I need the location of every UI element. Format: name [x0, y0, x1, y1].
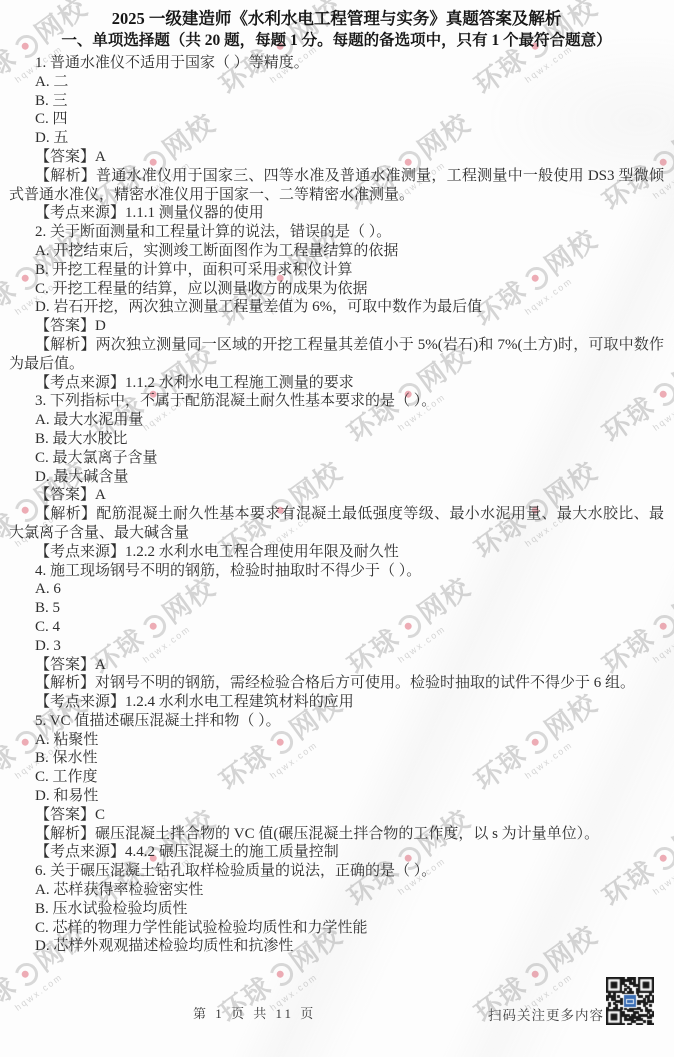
answer-line: 【答案】A	[9, 148, 664, 167]
question-option: D. 最大碱含量	[9, 468, 664, 487]
question-option: A. 二	[9, 73, 664, 92]
question-list: 1. 普通水准仪不适用于国家（ ）等精度。A. 二B. 三C. 四D. 五【答案…	[9, 54, 664, 956]
question-option: D. 岩石开挖，两次独立测量工程量差值为 6%，可取中数作为最后值	[9, 298, 664, 317]
question-stem: 4. 施工现场钢号不明的钢筋，检验时抽取时不得少于（ ）。	[9, 562, 664, 581]
question-option: A. 粘聚性	[9, 731, 664, 750]
source-line: 【考点来源】4.4.2 碾压混凝土的施工质量控制	[9, 843, 664, 862]
question-option: C. 开挖工程量的结算，应以测量收方的成果为依据	[9, 280, 664, 299]
question-stem: 6. 关于碾压混凝土钻孔取样检验质量的说法，正确的是（ ）。	[9, 862, 664, 881]
question-option: B. 压水试验检验均质性	[9, 900, 664, 919]
document-page: 环球网校hqwx.com环球网校hqwx.com环球网校hqwx.com环球网校…	[0, 0, 674, 1057]
section-heading: 一、单项选择题（共 20 题，每题 1 分。每题的备选项中，只有 1 个最符合题…	[9, 29, 664, 51]
question-option: B. 最大水胶比	[9, 430, 664, 449]
answer-line: 【答案】D	[9, 317, 664, 336]
source-line: 【考点来源】1.1.1 测量仪器的使用	[9, 204, 664, 223]
question-stem: 2. 关于断面测量和工程量计算的说法，错误的是（ ）。	[9, 223, 664, 242]
question-option: B. 5	[9, 599, 664, 618]
question-option: C. 芯样的物理力学性能试验检验均质性和力学性能	[9, 919, 664, 938]
answer-line: 【答案】C	[9, 806, 664, 825]
analysis-line: 【解析】配筋混凝土耐久性基本要求有混凝土最低强度等级、最小水泥用量、最大水胶比、…	[9, 505, 664, 543]
question-option: C. 工作度	[9, 768, 664, 787]
analysis-line: 【解析】两次独立测量同一区域的开挖工程量其差值小于 5%(岩石)和 7%(土方)…	[9, 336, 664, 374]
question-option: D. 3	[9, 637, 664, 656]
document-title: 2025 一级建造师《水利水电工程管理与实务》真题答案及解析	[9, 6, 664, 29]
page-number: 第 1 页 共 11 页	[193, 1003, 316, 1022]
question-option: A. 6	[9, 580, 664, 599]
question-option: B. 开挖工程量的计算中，面积可采用求积仪计算	[9, 261, 664, 280]
qr-caption: 扫码关注更多内容	[488, 1004, 604, 1024]
document-content: 2025 一级建造师《水利水电工程管理与实务》真题答案及解析 一、单项选择题（共…	[0, 0, 674, 956]
question-option: C. 4	[9, 618, 664, 637]
question-option: A. 芯样获得率检验密实性	[9, 881, 664, 900]
question-option: C. 四	[9, 110, 664, 129]
question-option: A. 最大水泥用量	[9, 411, 664, 430]
analysis-line: 【解析】碾压混凝土拌合物的 VC 值(碾压混凝土拌合物的工作度，以 s 为计量单…	[9, 825, 664, 844]
hqwx-ring-logo-icon	[520, 959, 552, 991]
answer-line: 【答案】A	[9, 656, 664, 675]
question-option: D. 和易性	[9, 787, 664, 806]
source-line: 【考点来源】1.2.2 水利水电工程合理使用年限及耐久性	[9, 543, 664, 562]
analysis-line: 【解析】对钢号不明的钢筋，需经检验合格后方可使用。检验时抽取的试件不得少于 6 …	[9, 674, 664, 693]
question-option: A. 开挖结束后，实测竣工断面图作为工程量结算的依据	[9, 242, 664, 261]
hqwx-ring-logo-icon	[265, 959, 297, 991]
question-stem: 1. 普通水准仪不适用于国家（ ）等精度。	[9, 54, 664, 73]
hqwx-ring-logo-icon	[10, 959, 42, 991]
question-option: C. 最大氯离子含量	[9, 449, 664, 468]
question-option: B. 三	[9, 92, 664, 111]
answer-line: 【答案】A	[9, 486, 664, 505]
question-stem: 3. 下列指标中，不属于配筋混凝土耐久性基本要求的是（ ）。	[9, 392, 664, 411]
question-option: B. 保水性	[9, 749, 664, 768]
question-option: D. 芯样外观观描述检验均质性和抗渗性	[9, 937, 664, 956]
question-option: D. 五	[9, 129, 664, 148]
source-line: 【考点来源】1.2.4 水利水电工程建筑材料的应用	[9, 693, 664, 712]
question-stem: 5. VC 值描述碾压混凝土拌和物（ ）。	[9, 712, 664, 731]
analysis-line: 【解析】普通水准仪用于国家三、四等水准及普通水准测量，工程测量中一般使用 DS3…	[9, 167, 664, 205]
source-line: 【考点来源】1.1.2 水利水电工程施工测量的要求	[9, 374, 664, 393]
qr-code-icon	[606, 977, 654, 1031]
